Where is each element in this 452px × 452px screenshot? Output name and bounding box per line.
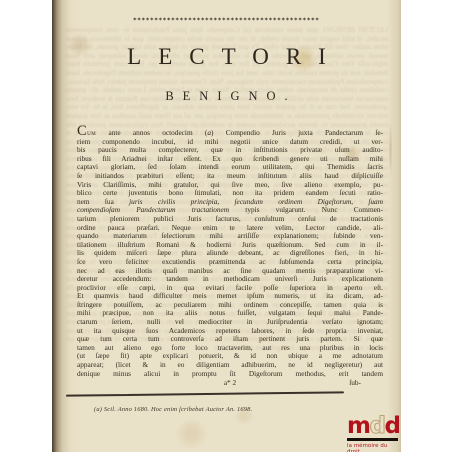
- body-text-line: denique minus alicui in promptu ſit Dige…: [77, 370, 383, 379]
- body-lines: Cum ante annos octodecim (a) Compendio J…: [77, 129, 383, 378]
- gathering-signature: a* 2: [77, 378, 383, 387]
- footnote: (a) Scil. Anno 1680. Hoc enim ſcribebat …: [94, 406, 252, 413]
- scanned-book-page: { "page": { "ornament": "***************…: [0, 0, 452, 452]
- page-title: LECTORI: [52, 44, 401, 70]
- mdd-watermark-logo: mdd la mémoire du droit: [347, 415, 402, 452]
- book-page: LECTORI BENIGNO. ante annos octodecim (a…: [52, 0, 401, 452]
- catchword: ſub-: [349, 378, 361, 387]
- logo-tagline: la mémoire du droit: [347, 443, 402, 452]
- page-subtitle: BENIGNO.: [52, 89, 401, 104]
- signature-row: a* 2 ſub-: [77, 378, 383, 388]
- footnote-rule: [66, 391, 344, 396]
- logo-letter-m: m: [347, 413, 369, 439]
- logo-letter-d: d: [384, 413, 399, 439]
- mdd-logo-letters: mdd: [347, 415, 402, 438]
- ornament-band: ****************************************…: [52, 17, 401, 24]
- logo-letter-d-outline: d: [369, 413, 384, 439]
